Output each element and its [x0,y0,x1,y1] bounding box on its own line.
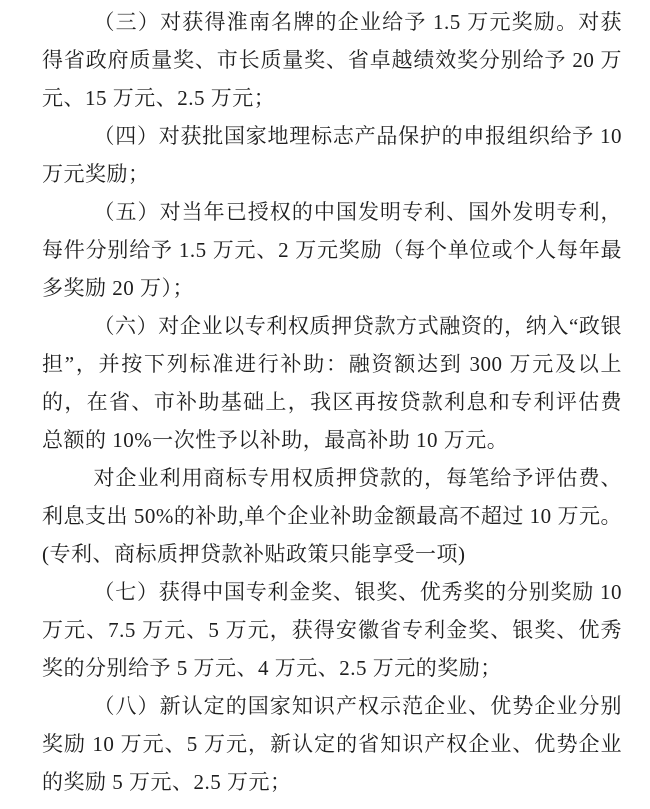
document-page: （三）对获得淮南名牌的企业给予 1.5 万元奖励。对获得省政府质量奖、市长质量奖… [0,0,650,809]
document-paragraph-clause-6b: 对企业利用商标专用权质押贷款的，每笔给予评估费、利息支出 50%的补助,单个企业… [42,459,622,573]
document-paragraph-clause-3: （三）对获得淮南名牌的企业给予 1.5 万元奖励。对获得省政府质量奖、市长质量奖… [42,3,622,117]
document-paragraph-clause-6: （六）对企业以专利权质押贷款方式融资的，纳入“政银担”，并按下列标准进行补助：融… [42,307,622,459]
document-paragraph-clause-5: （五）对当年已授权的中国发明专利、国外发明专利，每件分别给予 1.5 万元、2 … [42,193,622,307]
document-paragraph-clause-8: （八）新认定的国家知识产权示范企业、优势企业分别奖励 10 万元、5 万元，新认… [42,687,622,801]
document-paragraph-clause-4: （四）对获批国家地理标志产品保护的申报组织给予 10 万元奖励； [42,117,622,193]
document-body: （三）对获得淮南名牌的企业给予 1.5 万元奖励。对获得省政府质量奖、市长质量奖… [42,3,622,801]
document-paragraph-clause-7: （七）获得中国专利金奖、银奖、优秀奖的分别奖励 10 万元、7.5 万元、5 万… [42,573,622,687]
